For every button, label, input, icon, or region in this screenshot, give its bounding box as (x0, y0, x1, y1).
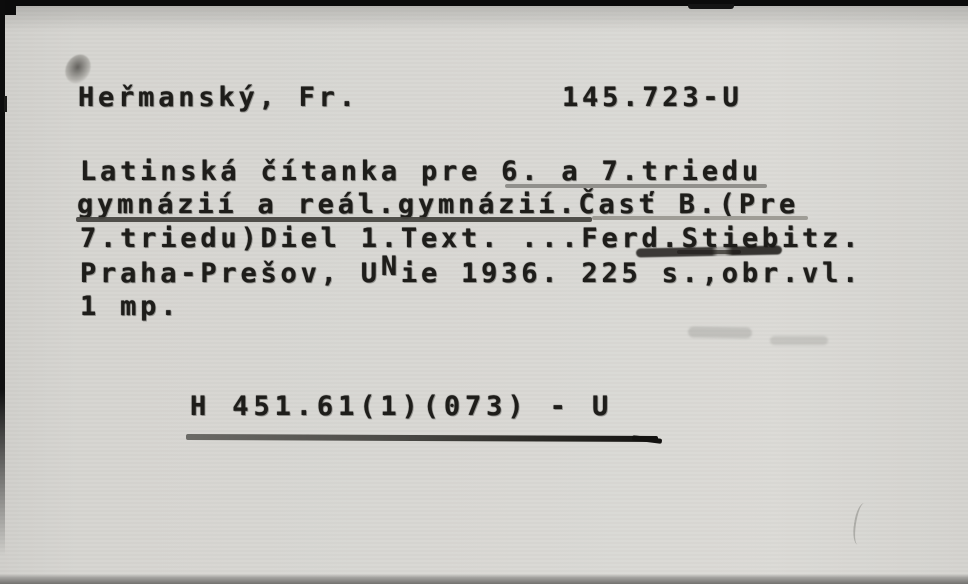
imprint-line-superscript: N (381, 251, 401, 282)
title-line-1: Latinská čítanka pre 6. a 7.triedu (80, 158, 762, 186)
scan-border-left (0, 0, 5, 556)
faint-ghost-mark-2 (770, 336, 828, 345)
scan-border-top-bump (688, 4, 734, 9)
scan-border-top (0, 0, 968, 6)
call-number: H 451.61(1)(073) - U (190, 393, 613, 421)
imprint-line-post: ie 1936. 225 s.,obr.vl. (401, 258, 862, 289)
author-heading: Heřmanský, Fr. (78, 84, 359, 112)
scan-border-left-tick (4, 96, 11, 112)
imprint-line: Praha-Prešov, UNie 1936. 225 s.,obr.vl. (80, 260, 862, 288)
collation-line: 1 mp. (80, 293, 180, 321)
hairline-scratch (851, 502, 871, 546)
title-line-3: 7.triedu)Diel 1.Text. ...Ferd.Stiebitz. (80, 225, 862, 253)
title-line-2: gymnázií a reál.gymnázií.Časť B.(Pre (77, 191, 799, 219)
faint-ghost-mark-1 (688, 326, 752, 338)
underline-stiebitz (677, 250, 741, 254)
underline-cast-b (592, 216, 808, 220)
underline-gymnazii (76, 217, 592, 222)
scan-border-bottom (0, 574, 968, 584)
imprint-line-pre: Praha-Prešov, U (80, 258, 381, 289)
catalog-card-scan: Heřmanský, Fr. 145.723-U Latinská čítank… (0, 0, 968, 584)
underline-grade-span (505, 184, 767, 188)
shelf-number: 145.723-U (562, 84, 743, 112)
call-number-underline (186, 434, 658, 442)
